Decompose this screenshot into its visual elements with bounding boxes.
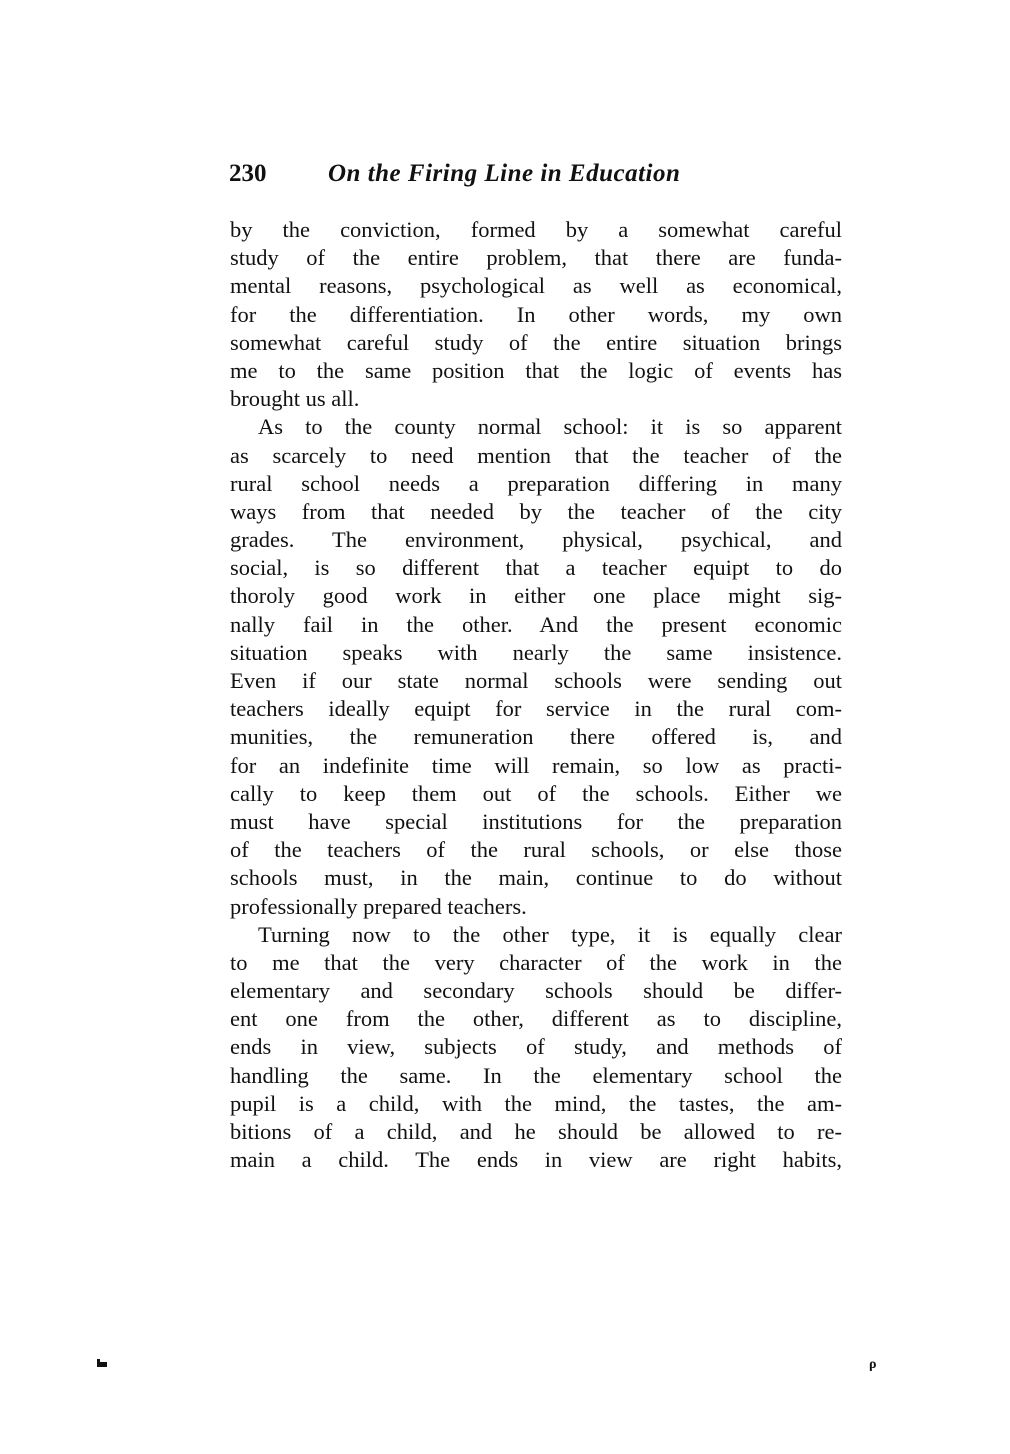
text-line: ends in view, subjects of study, and met… xyxy=(230,1033,842,1061)
text-line: main a child. The ends in view are right… xyxy=(230,1146,842,1174)
text-line: mental reasons, psychological as well as… xyxy=(230,272,842,300)
text-line: by the conviction, formed by a somewhat … xyxy=(230,216,842,244)
text-line: somewhat careful study of the entire sit… xyxy=(230,329,842,357)
text-line: professionally prepared teachers. xyxy=(230,893,842,921)
scan-artifact-mark xyxy=(97,1362,107,1367)
scan-artifact-glyph: ρ xyxy=(869,1358,877,1372)
paragraph-1: by the conviction, formed by a somewhat … xyxy=(230,216,842,413)
text-line: social, is so different that a teacher e… xyxy=(230,554,842,582)
text-line: for the differentiation. In other words,… xyxy=(230,301,842,329)
text-line: rural school needs a preparation differi… xyxy=(230,470,842,498)
text-line: cally to keep them out of the schools. E… xyxy=(230,780,842,808)
text-line: teachers ideally equipt for service in t… xyxy=(230,695,842,723)
text-line: nally fail in the other. And the present… xyxy=(230,611,842,639)
text-line: for an indefinite time will remain, so l… xyxy=(230,752,842,780)
paragraph-3: Turning now to the other type, it is equ… xyxy=(230,921,842,1175)
text-line: bitions of a child, and he should be all… xyxy=(230,1118,842,1146)
text-line: schools must, in the main, continue to d… xyxy=(230,864,842,892)
text-line: ent one from the other, different as to … xyxy=(230,1005,842,1033)
text-line: me to the same position that the logic o… xyxy=(230,357,842,385)
text-line: must have special institutions for the p… xyxy=(230,808,842,836)
page-number: 230 xyxy=(229,160,267,188)
text-line: Turning now to the other type, it is equ… xyxy=(230,921,842,949)
text-line: As to the county normal school: it is so… xyxy=(230,413,842,441)
text-line: of the teachers of the rural schools, or… xyxy=(230,836,842,864)
text-line: study of the entire problem, that there … xyxy=(230,244,842,272)
text-line: situation speaks with nearly the same in… xyxy=(230,639,842,667)
text-line: thoroly good work in either one place mi… xyxy=(230,582,842,610)
text-line: grades. The environment, physical, psych… xyxy=(230,526,842,554)
text-line: Even if our state normal schools were se… xyxy=(230,667,842,695)
text-line: ways from that needed by the teacher of … xyxy=(230,498,842,526)
text-line: munities, the remuneration there offered… xyxy=(230,723,842,751)
body-text: by the conviction, formed by a somewhat … xyxy=(230,216,842,1174)
running-header: 230 On the Firing Line in Education xyxy=(229,156,849,192)
text-line: pupil is a child, with the mind, the tas… xyxy=(230,1090,842,1118)
running-title: On the Firing Line in Education xyxy=(328,160,680,188)
text-line: as scarcely to need mention that the tea… xyxy=(230,442,842,470)
paragraph-2: As to the county normal school: it is so… xyxy=(230,413,842,920)
text-line: handling the same. In the elementary sch… xyxy=(230,1062,842,1090)
text-line: brought us all. xyxy=(230,385,842,413)
text-line: to me that the very character of the wor… xyxy=(230,949,842,977)
text-line: elementary and secondary schools should … xyxy=(230,977,842,1005)
